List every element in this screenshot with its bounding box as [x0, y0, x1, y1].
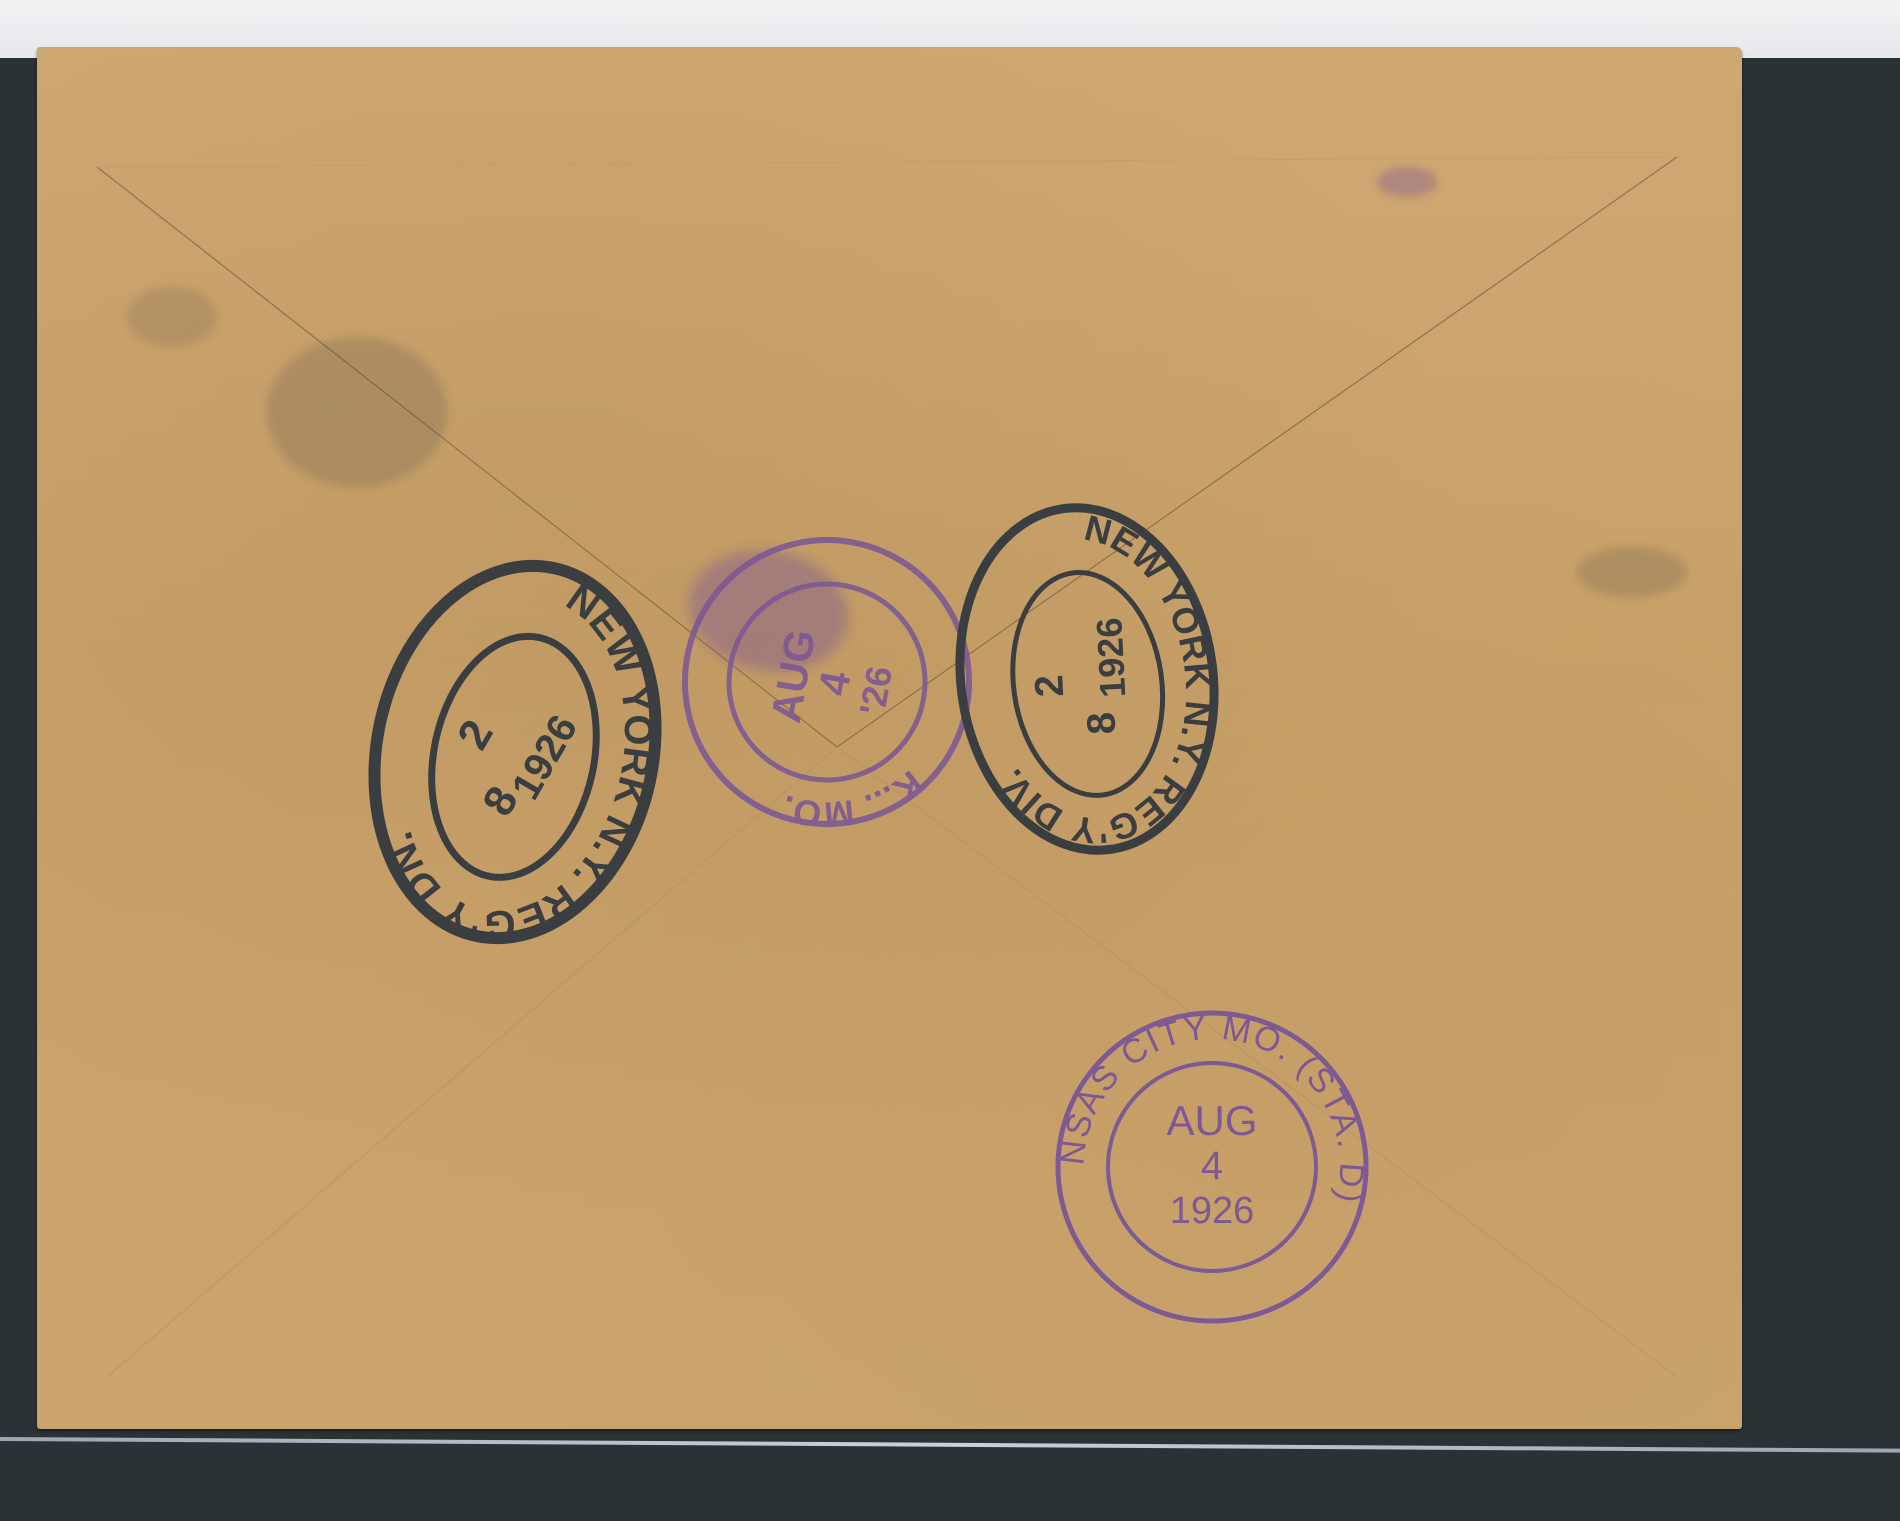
postmark-year: 1926 [504, 708, 587, 807]
postmark-kansas-city-sta-d: KANSAS CITY MO. (STA. D) AUG 4 1926 [1052, 1007, 1372, 1327]
postmark-month: 8 [1079, 711, 1124, 736]
postmark-year: 1926 [1088, 617, 1133, 699]
purple-mark [1377, 167, 1437, 197]
postmark-month: AUG [1166, 1097, 1257, 1144]
postmark-day: 4 [1201, 1144, 1223, 1188]
album-mount-edge [0, 1437, 1900, 1453]
ink-smudge [1577, 547, 1687, 597]
ink-smudge [127, 287, 217, 347]
postmark-day: 4 [809, 667, 859, 699]
postmark-new-york-right: NEW YORK N.Y. REG'Y DIV. 2 8 1926 [928, 482, 1245, 876]
envelope-back: NEW YORK N.Y. REG'Y DN. 2 8 1926 K... MO… [37, 47, 1742, 1429]
postmark-date: 2 [1027, 674, 1072, 699]
ink-smudge [267, 337, 447, 487]
postmark-year: '26 [851, 663, 900, 718]
postmark-year: 1926 [1170, 1190, 1255, 1232]
postmark-date: 2 [448, 712, 503, 758]
